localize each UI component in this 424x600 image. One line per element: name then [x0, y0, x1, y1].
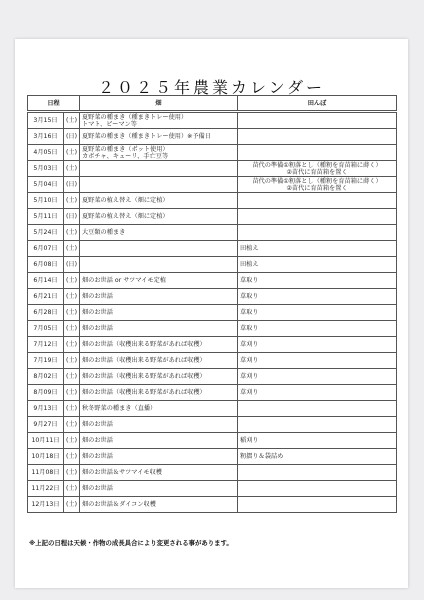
weekday-cell: (土): [64, 417, 80, 433]
field-task-cell: [80, 177, 238, 193]
paddy-task-cell-line: 草取り: [240, 293, 394, 300]
date-cell: 7月05日: [28, 321, 64, 337]
paddy-task-cell: 草取り: [238, 289, 397, 305]
weekday-cell-line: (土): [66, 485, 77, 492]
field-task-cell: 畑のお世話＆ダイコン収穫: [80, 497, 238, 513]
date-cell-line: 11月22日: [30, 485, 61, 492]
table-row: 8月02日(土)畑のお世話（収穫出来る野菜があれば収穫）草刈り: [28, 369, 397, 385]
field-task-cell: 畑のお世話: [80, 449, 238, 465]
paddy-task-cell: 苗代の準備①籾落とし（種籾を育苗箱に蒔く）②苗代に育苗箱を置く: [238, 161, 397, 177]
weekday-cell-line: (土): [66, 117, 77, 124]
paddy-task-cell: 籾摺り＆袋詰め: [238, 449, 397, 465]
weekday-cell: (日): [64, 209, 80, 225]
weekday-cell-line: (土): [66, 501, 77, 508]
paddy-task-cell-line: 草取り: [240, 277, 394, 284]
table-row: 9月27日(土)畑のお世話: [28, 417, 397, 433]
weekday-cell: (土): [64, 401, 80, 417]
date-cell-line: 5月04日: [30, 181, 61, 188]
table-row: 6月08日(日)田植え: [28, 257, 397, 273]
field-task-cell-line: 畑のお世話＆サツマイモ収穫: [82, 469, 235, 476]
date-cell: 5月03日: [28, 161, 64, 177]
paddy-task-cell: [238, 112, 397, 129]
paddy-task-cell: [238, 145, 397, 161]
weekday-cell-line: (日): [66, 261, 77, 268]
paddy-task-cell: 稲刈り: [238, 433, 397, 449]
paddy-task-cell: [238, 465, 397, 481]
table-row: 5月10日(土)夏野菜の植え替え（畑に定植）: [28, 193, 397, 209]
field-task-cell-line: 畑のお世話: [82, 293, 235, 300]
field-task-cell-line: 夏野菜の種まき（種まきトレー使用）: [82, 114, 235, 121]
paddy-task-cell: [238, 193, 397, 209]
weekday-cell-line: (日): [66, 213, 77, 220]
paddy-task-cell-line: 草刈り: [240, 357, 394, 364]
date-cell: 6月07日: [28, 241, 64, 257]
field-task-cell: 畑のお世話（収穫出来る野菜があれば収穫）: [80, 353, 238, 369]
paddy-task-cell: [238, 209, 397, 225]
field-task-cell: 夏野菜の植え替え（畑に定植）: [80, 193, 238, 209]
paddy-task-cell: 草取り: [238, 321, 397, 337]
paddy-task-cell: 草刈り: [238, 353, 397, 369]
field-task-cell-line: 畑のお世話（収穫出来る野菜があれば収穫）: [82, 389, 235, 396]
paddy-task-cell-line: 籾摺り＆袋詰め: [240, 453, 394, 460]
date-cell: 5月04日: [28, 177, 64, 193]
field-task-cell: 畑のお世話 or サツマイモ定植: [80, 273, 238, 289]
paddy-task-cell: [238, 417, 397, 433]
field-task-cell-line: 畑のお世話: [82, 453, 235, 460]
paddy-task-cell: 田植え: [238, 257, 397, 273]
weekday-cell-line: (土): [66, 437, 77, 444]
header-field: 畑: [80, 96, 238, 112]
date-cell-line: 7月19日: [30, 357, 61, 364]
table-row: 5月24日(土)大豆類の種まき: [28, 225, 397, 241]
weekday-cell: (日): [64, 129, 80, 145]
date-cell-line: 3月15日: [30, 117, 61, 124]
field-task-cell-line: 畑のお世話: [82, 325, 235, 332]
weekday-cell-line: (土): [66, 325, 77, 332]
weekday-cell-line: (土): [66, 405, 77, 412]
field-task-cell: [80, 257, 238, 273]
paddy-task-cell-line: 苗代の準備①籾落とし（種籾を育苗箱に蒔く）: [240, 162, 394, 169]
weekday-cell: (土): [64, 289, 80, 305]
paddy-task-cell: 草刈り: [238, 337, 397, 353]
field-task-cell-line: 畑のお世話: [82, 421, 235, 428]
weekday-cell: (土): [64, 161, 80, 177]
weekday-cell: (土): [64, 449, 80, 465]
date-cell-line: 10月11日: [30, 437, 61, 444]
date-cell: 11月22日: [28, 481, 64, 497]
paddy-task-cell: [238, 225, 397, 241]
field-task-cell-line: 夏野菜の植え替え（畑に定植）: [82, 213, 235, 220]
paddy-task-cell-line: 草刈り: [240, 373, 394, 380]
field-task-cell: 夏野菜の植え替え（畑に定植）: [80, 209, 238, 225]
field-task-cell: 夏野菜の種まき（種まきトレー使用）※予備日: [80, 129, 238, 145]
field-task-cell: 畑のお世話: [80, 433, 238, 449]
date-cell: 5月24日: [28, 225, 64, 241]
table-row: 5月11日(日)夏野菜の植え替え（畑に定植）: [28, 209, 397, 225]
weekday-cell-line: (土): [66, 245, 77, 252]
weekday-cell-line: (土): [66, 149, 77, 156]
weekday-cell: (土): [64, 353, 80, 369]
paddy-task-cell-line: 草刈り: [240, 389, 394, 396]
date-cell-line: 6月28日: [30, 309, 61, 316]
field-task-cell: 大豆類の種まき: [80, 225, 238, 241]
field-task-cell-line: 夏野菜の種まき（種まきトレー使用）※予備日: [82, 133, 235, 140]
field-task-cell-line: 畑のお世話: [82, 485, 235, 492]
field-task-cell: [80, 161, 238, 177]
weekday-cell: (土): [64, 321, 80, 337]
field-task-cell: 秋冬野菜の種まき（直播）: [80, 401, 238, 417]
field-task-cell: 夏野菜の種まき（種まきトレー使用）トマト、ピーマン等: [80, 112, 238, 129]
date-cell-line: 6月21日: [30, 293, 61, 300]
paddy-task-cell: 田植え: [238, 241, 397, 257]
weekday-cell-line: (土): [66, 197, 77, 204]
table-row: 6月21日(土)畑のお世話草取り: [28, 289, 397, 305]
date-cell-line: 12月13日: [30, 501, 61, 508]
weekday-cell: (土): [64, 369, 80, 385]
paddy-task-cell: [238, 401, 397, 417]
field-task-cell: 夏野菜の種まき（ポット使用）カボチャ、キューリ、手亡豆等: [80, 145, 238, 161]
field-task-cell-line: 畑のお世話 or サツマイモ定植: [82, 277, 235, 284]
weekday-cell-line: (日): [66, 181, 77, 188]
table-row: 7月12日(土)畑のお世話（収穫出来る野菜があれば収穫）草刈り: [28, 337, 397, 353]
date-cell-line: 7月05日: [30, 325, 61, 332]
date-cell: 5月10日: [28, 193, 64, 209]
weekday-cell: (土): [64, 145, 80, 161]
date-cell-line: 5月10日: [30, 197, 61, 204]
date-cell-line: 10月18日: [30, 453, 61, 460]
date-cell: 10月11日: [28, 433, 64, 449]
field-task-cell-line: 畑のお世話: [82, 437, 235, 444]
weekday-cell-line: (日): [66, 133, 77, 140]
field-task-cell: 畑のお世話（収穫出来る野菜があれば収穫）: [80, 369, 238, 385]
weekday-cell-line: (土): [66, 277, 77, 284]
table-row: 6月28日(土)畑のお世話草取り: [28, 305, 397, 321]
field-task-cell-line: 夏野菜の植え替え（畑に定植）: [82, 197, 235, 204]
date-cell-line: 4月05日: [30, 149, 61, 156]
field-task-cell: 畑のお世話: [80, 289, 238, 305]
paddy-task-cell: [238, 497, 397, 513]
field-task-cell: 畑のお世話: [80, 417, 238, 433]
weekday-cell-line: (土): [66, 421, 77, 428]
date-cell: 7月12日: [28, 337, 64, 353]
paddy-task-cell: [238, 481, 397, 497]
weekday-cell: (土): [64, 225, 80, 241]
field-task-cell: [80, 241, 238, 257]
weekday-cell: (土): [64, 337, 80, 353]
field-task-cell: 畑のお世話: [80, 481, 238, 497]
field-task-cell: 畑のお世話: [80, 321, 238, 337]
field-task-cell-line: 大豆類の種まき: [82, 229, 235, 236]
date-cell: 3月15日: [28, 112, 64, 129]
date-cell: 6月14日: [28, 273, 64, 289]
weekday-cell: (土): [64, 112, 80, 129]
weekday-cell: (土): [64, 273, 80, 289]
table-row: 7月05日(土)畑のお世話草取り: [28, 321, 397, 337]
date-cell-line: 7月12日: [30, 341, 61, 348]
date-cell: 3月16日: [28, 129, 64, 145]
table-row: 9月13日(土)秋冬野菜の種まき（直播）: [28, 401, 397, 417]
weekday-cell-line: (土): [66, 309, 77, 316]
weekday-cell: (日): [64, 177, 80, 193]
weekday-cell: (土): [64, 433, 80, 449]
weekday-cell: (土): [64, 465, 80, 481]
table-row: 5月03日(土)苗代の準備①籾落とし（種籾を育苗箱に蒔く）②苗代に育苗箱を置く: [28, 161, 397, 177]
date-cell: 4月05日: [28, 145, 64, 161]
paddy-task-cell-line: 苗代の準備①籾落とし（種籾を育苗箱に蒔く）: [240, 178, 394, 185]
table-row: 5月04日(日)苗代の準備①籾落とし（種籾を育苗箱に蒔く）②苗代に育苗箱を置く: [28, 177, 397, 193]
table-row: 6月14日(土)畑のお世話 or サツマイモ定植草取り: [28, 273, 397, 289]
date-cell-line: 5月11日: [30, 213, 61, 220]
table-row: 6月07日(土)田植え: [28, 241, 397, 257]
date-cell-line: 9月27日: [30, 421, 61, 428]
paddy-task-cell-line: ②苗代に育苗箱を置く: [240, 185, 394, 192]
field-task-cell-line: 秋冬野菜の種まき（直播）: [82, 405, 235, 412]
header-row: 日程 畑 田んぼ: [28, 96, 397, 112]
paddy-task-cell: 草刈り: [238, 385, 397, 401]
field-task-cell-line: 畑のお世話（収穫出来る野菜があれば収穫）: [82, 357, 235, 364]
paddy-task-cell-line: 草取り: [240, 325, 394, 332]
weekday-cell-line: (土): [66, 341, 77, 348]
date-cell-line: 6月07日: [30, 245, 61, 252]
paddy-task-cell: 草刈り: [238, 369, 397, 385]
date-cell: 12月13日: [28, 497, 64, 513]
date-cell: 6月21日: [28, 289, 64, 305]
field-task-cell: 畑のお世話（収穫出来る野菜があれば収穫）: [80, 337, 238, 353]
field-task-cell-line: カボチャ、キューリ、手亡豆等: [82, 153, 235, 160]
table-row: 3月15日(土)夏野菜の種まき（種まきトレー使用）トマト、ピーマン等: [28, 112, 397, 129]
weekday-cell-line: (土): [66, 293, 77, 300]
field-task-cell: 畑のお世話: [80, 305, 238, 321]
date-cell: 11月08日: [28, 465, 64, 481]
paddy-task-cell-line: 草取り: [240, 309, 394, 316]
date-cell-line: 5月24日: [30, 229, 61, 236]
header-paddy: 田んぼ: [238, 96, 397, 112]
date-cell-line: 6月08日: [30, 261, 61, 268]
date-cell: 6月08日: [28, 257, 64, 273]
field-task-cell-line: 畑のお世話（収穫出来る野菜があれば収穫）: [82, 373, 235, 380]
table-row: 11月08日(土)畑のお世話＆サツマイモ収穫: [28, 465, 397, 481]
table-row: 10月18日(土)畑のお世話籾摺り＆袋詰め: [28, 449, 397, 465]
weekday-cell-line: (土): [66, 389, 77, 396]
document-page: ２０２５年農業カレンダー 日程 畑 田んぼ 3月15日(土)夏野菜の種まき（種ま…: [15, 39, 408, 588]
paddy-task-cell: [238, 129, 397, 145]
weekday-cell-line: (土): [66, 229, 77, 236]
date-cell: 8月09日: [28, 385, 64, 401]
date-cell-line: 5月03日: [30, 165, 61, 172]
date-cell-line: 11月08日: [30, 469, 61, 476]
weekday-cell-line: (土): [66, 357, 77, 364]
table-row: 4月05日(土)夏野菜の種まき（ポット使用）カボチャ、キューリ、手亡豆等: [28, 145, 397, 161]
weekday-cell: (土): [64, 385, 80, 401]
date-cell-line: 8月02日: [30, 373, 61, 380]
table-row: 7月19日(土)畑のお世話（収穫出来る野菜があれば収穫）草刈り: [28, 353, 397, 369]
table-row: 11月22日(土)畑のお世話: [28, 481, 397, 497]
date-cell-line: 6月14日: [30, 277, 61, 284]
field-task-cell-line: 夏野菜の種まき（ポット使用）: [82, 146, 235, 153]
date-cell: 9月13日: [28, 401, 64, 417]
date-cell: 7月19日: [28, 353, 64, 369]
paddy-task-cell-line: ②苗代に育苗箱を置く: [240, 169, 394, 176]
date-cell: 6月28日: [28, 305, 64, 321]
date-cell: 10月18日: [28, 449, 64, 465]
table-row: 3月16日(日)夏野菜の種まき（種まきトレー使用）※予備日: [28, 129, 397, 145]
header-schedule: 日程: [28, 96, 80, 112]
paddy-task-cell-line: 田植え: [240, 245, 394, 252]
weekday-cell: (土): [64, 481, 80, 497]
field-task-cell: 畑のお世話＆サツマイモ収穫: [80, 465, 238, 481]
weekday-cell: (土): [64, 193, 80, 209]
date-cell: 5月11日: [28, 209, 64, 225]
paddy-task-cell: 草取り: [238, 273, 397, 289]
field-task-cell-line: 畑のお世話: [82, 309, 235, 316]
field-task-cell-line: 畑のお世話（収穫出来る野菜があれば収穫）: [82, 341, 235, 348]
paddy-task-cell-line: 田植え: [240, 261, 394, 268]
paddy-task-cell: 苗代の準備①籾落とし（種籾を育苗箱に蒔く）②苗代に育苗箱を置く: [238, 177, 397, 193]
weekday-cell: (日): [64, 257, 80, 273]
table-row: 10月11日(土)畑のお世話稲刈り: [28, 433, 397, 449]
footnote: ※上記の日程は天候・作物の成長具合により変更される事があります。: [29, 538, 233, 547]
weekday-cell: (土): [64, 305, 80, 321]
weekday-cell-line: (土): [66, 165, 77, 172]
field-task-cell: 畑のお世話（収穫出来る野菜があれば収穫）: [80, 385, 238, 401]
weekday-cell: (土): [64, 241, 80, 257]
paddy-task-cell-line: 稲刈り: [240, 437, 394, 444]
weekday-cell: (土): [64, 497, 80, 513]
weekday-cell-line: (土): [66, 453, 77, 460]
date-cell-line: 9月13日: [30, 405, 61, 412]
calendar-table: 日程 畑 田んぼ 3月15日(土)夏野菜の種まき（種まきトレー使用）トマト、ピー…: [27, 95, 397, 513]
date-cell: 9月27日: [28, 417, 64, 433]
table-row: 8月09日(土)畑のお世話（収穫出来る野菜があれば収穫）草刈り: [28, 385, 397, 401]
weekday-cell-line: (土): [66, 373, 77, 380]
field-task-cell-line: 畑のお世話＆ダイコン収穫: [82, 501, 235, 508]
table-row: 12月13日(土)畑のお世話＆ダイコン収穫: [28, 497, 397, 513]
paddy-task-cell-line: 草刈り: [240, 341, 394, 348]
date-cell-line: 8月09日: [30, 389, 61, 396]
paddy-task-cell: 草取り: [238, 305, 397, 321]
date-cell: 8月02日: [28, 369, 64, 385]
field-task-cell-line: トマト、ピーマン等: [82, 121, 235, 128]
date-cell-line: 3月16日: [30, 133, 61, 140]
weekday-cell-line: (土): [66, 469, 77, 476]
